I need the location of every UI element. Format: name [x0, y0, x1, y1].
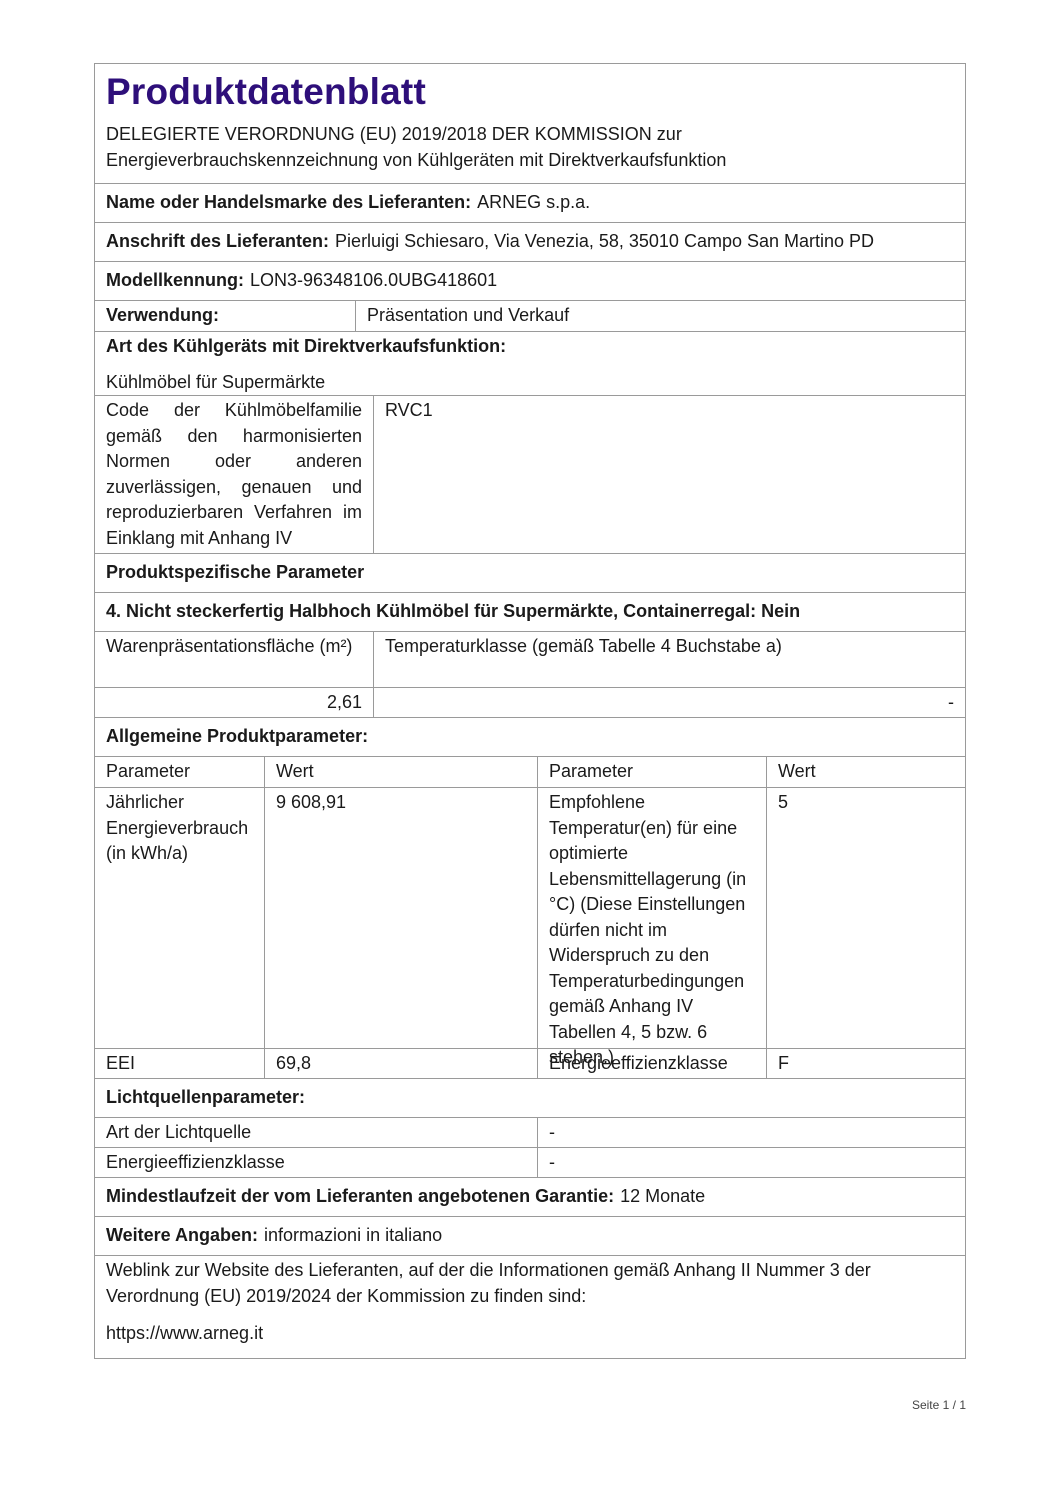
specific-params-heading: Produktspezifische Parameter — [95, 554, 965, 593]
general-params-header-row: Parameter Wert Parameter Wert — [95, 757, 965, 788]
weblink-text: Weblink zur Website des Lieferanten, auf… — [106, 1258, 954, 1309]
weblink-row: Weblink zur Website des Lieferanten, auf… — [95, 1256, 965, 1358]
recommended-temperature-label: Empfohlene Temperatur(en) für eine optim… — [538, 788, 767, 1048]
model-row: Modellkennung: LON3-96348106.0UBG418601 — [95, 262, 965, 301]
annual-energy-label: Jährlicher Energieverbrauch (in kWh/a) — [95, 788, 265, 1048]
usage-row: Verwendung: Präsentation und Verkauf — [95, 301, 965, 332]
supplier-name-value: ARNEG s.p.a. — [477, 190, 590, 216]
model-label: Modellkennung: — [106, 268, 244, 294]
table-row: EEI 69,8 Energieeffizienzklasse F — [95, 1049, 965, 1079]
subtitle-line-1: DELEGIERTE VERORDNUNG (EU) 2019/2018 DER… — [106, 122, 954, 148]
weblink-url[interactable]: https://www.arneg.it — [106, 1321, 954, 1347]
family-code-row: Code der Kühlmöbelfamilie gemäß den harm… — [95, 396, 965, 554]
further-info-label: Weitere Angaben: — [106, 1223, 258, 1249]
supplier-name-row: Name oder Handelsmarke des Lieferanten: … — [95, 184, 965, 223]
warranty-row: Mindestlaufzeit der vom Lieferanten ange… — [95, 1178, 965, 1217]
regulation-subtitle: DELEGIERTE VERORDNUNG (EU) 2019/2018 DER… — [106, 122, 954, 173]
warranty-value: 12 Monate — [620, 1184, 705, 1210]
subtitle-line-2: Energieverbrauchskennzeichnung von Kühlg… — [106, 148, 954, 174]
header-parameter-1: Parameter — [95, 757, 265, 787]
light-source-type-label: Art der Lichtquelle — [95, 1118, 538, 1147]
recommended-temperature-value: 5 — [767, 788, 965, 1048]
usage-label: Verwendung: — [95, 301, 356, 331]
further-info-value: informazioni in italiano — [264, 1223, 442, 1249]
energy-class-label: Energieeffizienzklasse — [538, 1049, 767, 1078]
product-data-sheet: Produktdatenblatt DELEGIERTE VERORDNUNG … — [94, 63, 966, 1359]
warranty-label: Mindestlaufzeit der vom Lieferanten ange… — [106, 1184, 614, 1210]
specific-params-header-row: Warenpräsentationsfläche (m²) Temperatur… — [95, 632, 965, 688]
eei-value: 69,8 — [265, 1049, 538, 1078]
light-params-heading: Lichtquellenparameter: — [95, 1079, 965, 1118]
category-row: 4. Nicht steckerfertig Halbhoch Kühlmöbe… — [95, 593, 965, 632]
table-row: Jährlicher Energieverbrauch (in kWh/a) 9… — [95, 788, 965, 1049]
further-info-row: Weitere Angaben: informazioni in italian… — [95, 1217, 965, 1256]
display-area-value: 2,61 — [95, 688, 374, 717]
temperature-class-label: Temperaturklasse (gemäß Tabelle 4 Buchst… — [374, 632, 965, 687]
table-row: Art der Lichtquelle - — [95, 1118, 965, 1148]
light-energy-class-label: Energieeffizienzklasse — [95, 1148, 538, 1177]
family-code-label: Code der Kühlmöbelfamilie gemäß den harm… — [95, 396, 374, 553]
supplier-name-label: Name oder Handelsmarke des Lieferanten: — [106, 190, 471, 216]
light-source-type-value: - — [538, 1118, 965, 1147]
temperature-class-value: - — [374, 688, 965, 717]
model-value: LON3-96348106.0UBG418601 — [250, 268, 497, 294]
annual-energy-value: 9 608,91 — [265, 788, 538, 1048]
eei-label: EEI — [95, 1049, 265, 1078]
supplier-address-row: Anschrift des Lieferanten: Pierluigi Sch… — [95, 223, 965, 262]
supplier-address-value: Pierluigi Schiesaro, Via Venezia, 58, 35… — [335, 229, 874, 255]
header-value-1: Wert — [265, 757, 538, 787]
device-type-label: Art des Kühlgeräts mit Direktverkaufsfun… — [106, 334, 954, 360]
device-type-row: Art des Kühlgeräts mit Direktverkaufsfun… — [95, 332, 965, 396]
light-energy-class-value: - — [538, 1148, 965, 1177]
page-title: Produktdatenblatt — [106, 68, 954, 116]
specific-params-value-row: 2,61 - — [95, 688, 965, 718]
device-type-value: Kühlmöbel für Supermärkte — [106, 370, 954, 396]
supplier-address-label: Anschrift des Lieferanten: — [106, 229, 329, 255]
header-section: Produktdatenblatt DELEGIERTE VERORDNUNG … — [95, 64, 965, 184]
page-number: Seite 1 / 1 — [912, 1398, 966, 1412]
family-code-value: RVC1 — [374, 396, 965, 553]
general-params-heading: Allgemeine Produktparameter: — [95, 718, 965, 757]
table-row: Energieeffizienzklasse - — [95, 1148, 965, 1178]
energy-class-value: F — [767, 1049, 965, 1078]
display-area-label: Warenpräsentationsfläche (m²) — [95, 632, 374, 687]
header-value-2: Wert — [767, 757, 965, 787]
header-parameter-2: Parameter — [538, 757, 767, 787]
usage-value: Präsentation und Verkauf — [356, 301, 965, 331]
